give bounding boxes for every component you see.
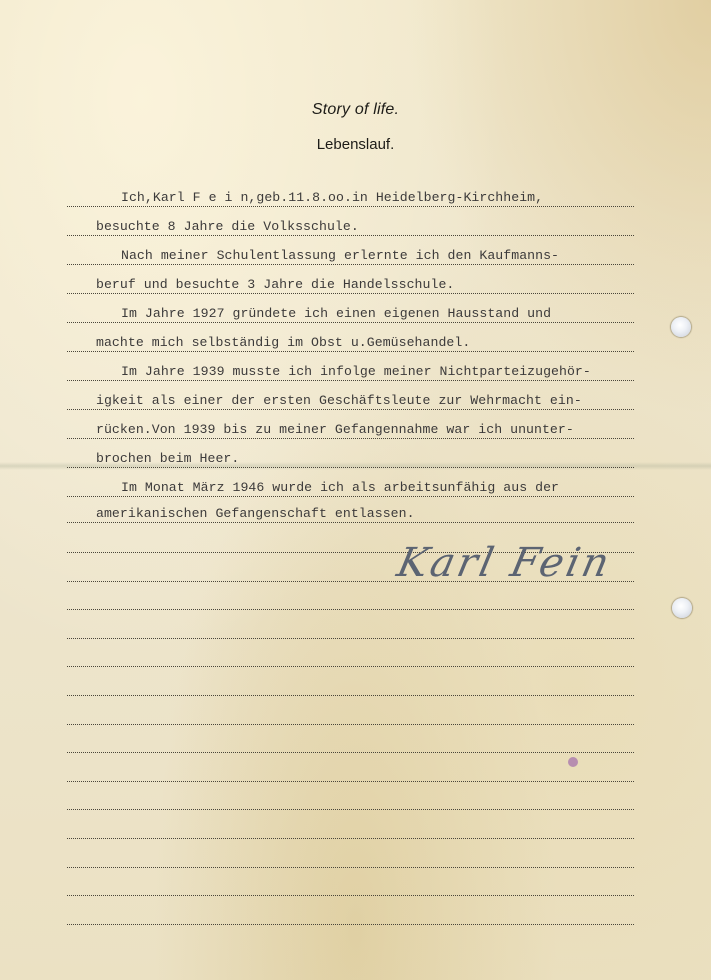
ruled-line [67,293,634,294]
ruled-line [67,235,634,236]
document-page: Story of life. Lebenslauf. Ich,Karl F e … [0,0,711,980]
body-line: machte mich selbständig im Obst u.Gemüse… [96,335,470,350]
ruled-line [67,206,634,207]
ruled-line [67,409,634,410]
body-line: brochen beim Heer. [96,451,239,466]
document-title: Story of life. [0,101,711,119]
body-line: amerikanischen Gefangenschaft entlassen. [96,506,415,521]
ruled-line [67,522,634,523]
ruled-line [67,867,634,868]
ruled-line [67,438,634,439]
body-line: igkeit als einer der ersten Geschäftsleu… [96,393,582,408]
ruled-line [67,609,634,610]
ink-spot [568,757,578,767]
body-line: Nach meiner Schulentlassung erlernte ich… [121,248,559,263]
handwritten-signature: Karl Fein [393,540,616,586]
ruled-line [67,467,634,468]
ruled-line [67,322,634,323]
body-line: Im Jahre 1939 musste ich infolge meiner … [121,364,591,379]
body-line: Im Jahre 1927 gründete ich einen eigenen… [121,306,551,321]
punch-hole-icon [672,598,692,618]
body-line: besuchte 8 Jahre die Volksschule. [96,219,359,234]
ruled-line [67,666,634,667]
ruled-line [67,264,634,265]
ruled-line [67,838,634,839]
body-line: rücken.Von 1939 bis zu meiner Gefangenna… [96,422,574,437]
ruled-line [67,380,634,381]
ruled-line [67,695,634,696]
ruled-line [67,724,634,725]
ruled-line [67,895,634,896]
body-line: beruf und besuchte 3 Jahre die Handelssc… [96,277,454,292]
punch-hole-icon [671,317,691,337]
ruled-line [67,351,634,352]
body-line: Ich,Karl F e i n,geb.11.8.oo.in Heidelbe… [121,190,543,205]
ruled-line [67,496,634,497]
ruled-line [67,809,634,810]
ruled-line [67,638,634,639]
ruled-line [67,924,634,925]
ruled-line [67,781,634,782]
ruled-line [67,752,634,753]
document-subtitle: Lebenslauf. [0,136,711,153]
body-line: Im Monat März 1946 wurde ich als arbeits… [121,480,559,495]
